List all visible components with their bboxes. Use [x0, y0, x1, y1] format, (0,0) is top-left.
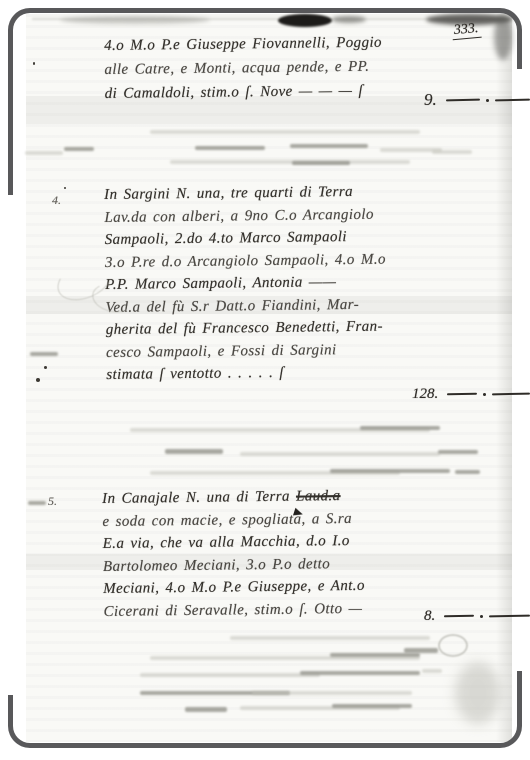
- handwritten-line: e soda con macie, e spogliata, a S.ra: [102, 507, 364, 533]
- manuscript-entry: In Sargini N. una, tre quarti di Terra L…: [104, 181, 387, 387]
- ledger-dash: [444, 614, 474, 617]
- stray-mark: [30, 352, 58, 356]
- handwritten-line: In Canajale N. una di Terra Laud.a: [102, 485, 364, 511]
- handwritten-line: Cicerani di Seravalle, stim.o ſ. Otto —: [103, 597, 365, 623]
- handwritten-line: 3.o P.re d.o Arcangiolo Sampaoli, 4.o M.…: [105, 248, 386, 274]
- handwritten-line: Meciani, 4.o M.o P.e Giuseppe, e Ant.o: [103, 575, 365, 601]
- ledger-dash: [495, 98, 530, 101]
- amount-row: 128.: [412, 383, 530, 405]
- handwritten-line: Lav.da con alberi, a 9no C.o Arcangiolo: [104, 203, 385, 229]
- ledger-dash: [447, 392, 477, 395]
- amount-row: 9.: [424, 89, 530, 111]
- photo-frame-corner-bottom-right: [265, 671, 522, 748]
- amount-value: 8.: [424, 608, 435, 625]
- handwritten-line: E.a via, che va alla Macchia, d.o I.o: [103, 530, 365, 556]
- ink-speck: [44, 366, 47, 369]
- struck-word: Laud.a: [296, 488, 341, 505]
- entry-number-margin: 4.: [52, 193, 61, 208]
- ledger-dash: [492, 392, 530, 395]
- ledger-dash: [446, 98, 480, 101]
- photo-frame-corner-top-right: [265, 8, 522, 69]
- ledger-dot: [483, 393, 486, 396]
- photo-frame-corner-top-left: [8, 8, 265, 195]
- handwritten-line: Bartolomeo Meciani, 3.o P.o detto: [103, 552, 365, 578]
- amount-row: 8.: [424, 605, 530, 627]
- handwritten-line: stimata ſ ventotto . . . . . ſ: [106, 361, 387, 387]
- ledger-dot: [480, 615, 483, 618]
- manuscript-entry: In Canajale N. una di Terra Laud.a e sod…: [102, 485, 365, 623]
- ledger-dash: [489, 614, 530, 617]
- scanned-manuscript-page: 333. 4.o M.o P.e Giuseppe Fiovannelli, P…: [0, 0, 530, 760]
- amount-value: 9.: [424, 90, 437, 110]
- entry-number-margin: 5.: [48, 494, 57, 509]
- stray-mark: [28, 501, 46, 505]
- ledger-dot: [486, 99, 489, 102]
- ink-speck: [36, 378, 40, 382]
- handwritten-line: Ved.a del fù S.r Datt.o Fiandini, Mar-: [105, 293, 386, 319]
- amount-value: 128.: [412, 386, 438, 403]
- handwritten-line: cesco Sampaoli, e Fossi di Sargini: [106, 338, 387, 364]
- photo-frame-corner-bottom-left: [8, 695, 265, 748]
